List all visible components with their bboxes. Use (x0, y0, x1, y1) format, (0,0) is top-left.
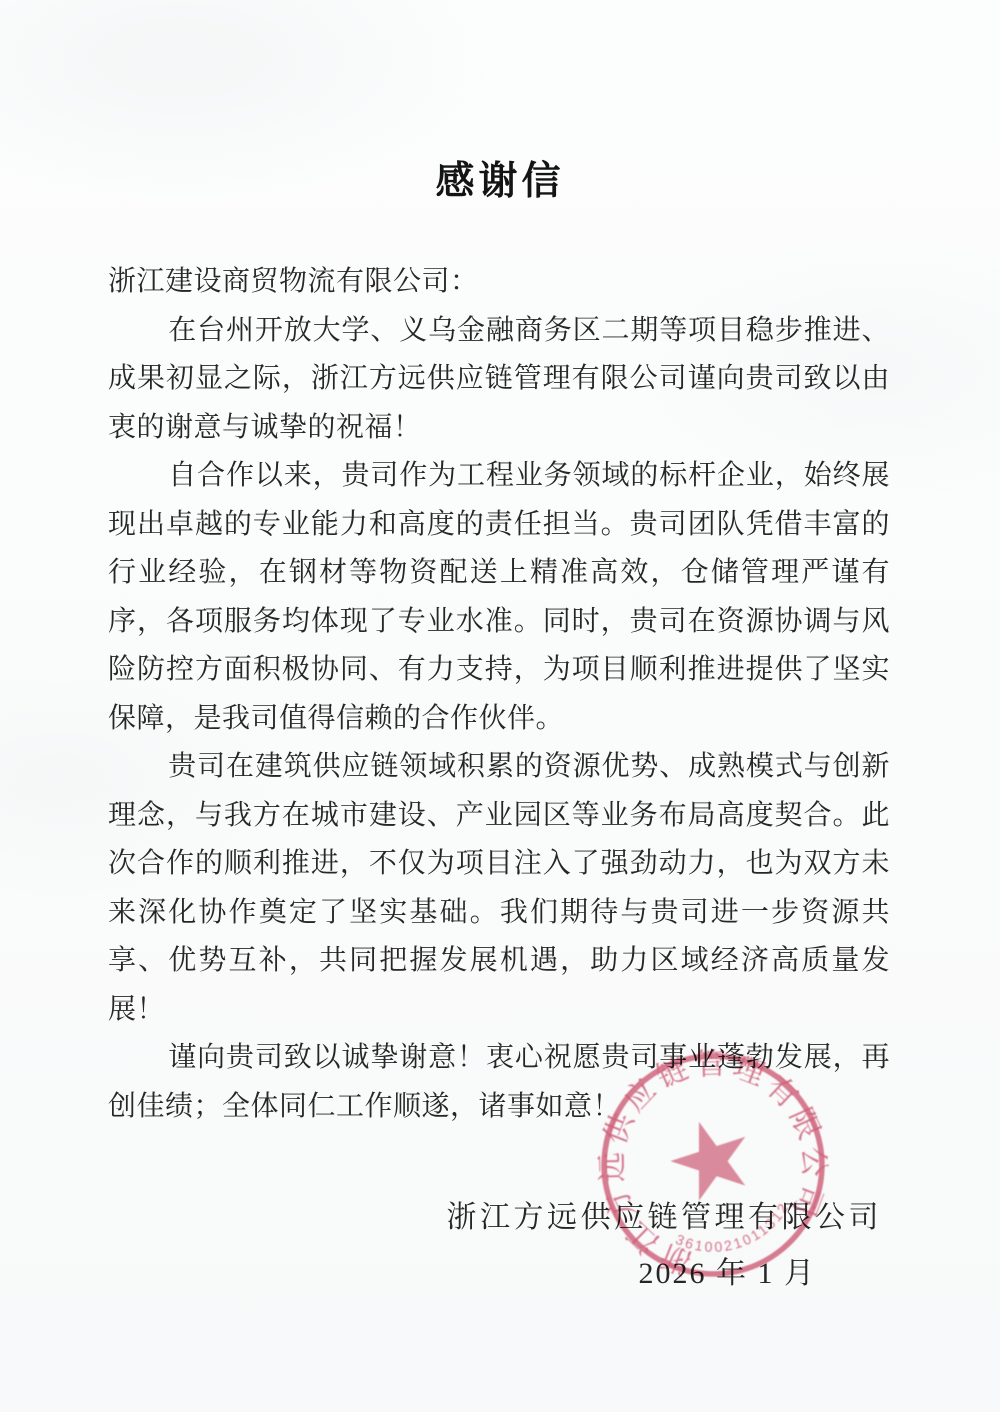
paragraph-1: 在台州开放大学、义乌金融商务区二期等项目稳步推进、成果初显之际，浙江方远供应链管… (108, 307, 890, 453)
salutation: 浙江建设商贸物流有限公司： (108, 258, 890, 307)
seal-star-icon (662, 1110, 760, 1205)
paragraph-2: 自合作以来，贵司作为工程业务领域的标杆企业，始终展现出卓越的专业能力和高度的责任… (108, 452, 890, 743)
letter-body: 浙江建设商贸物流有限公司： 在台州开放大学、义乌金融商务区二期等项目稳步推进、成… (108, 258, 890, 1131)
letter-title: 感谢信 (0, 150, 1000, 206)
letter-page: 感谢信 浙江建设商贸物流有限公司： 在台州开放大学、义乌金融商务区二期等项目稳步… (0, 0, 1000, 1412)
paragraph-3: 贵司在建筑供应链领域积累的资源优势、成熟模式与创新理念，与我方在城市建设、产业园… (108, 743, 890, 1034)
